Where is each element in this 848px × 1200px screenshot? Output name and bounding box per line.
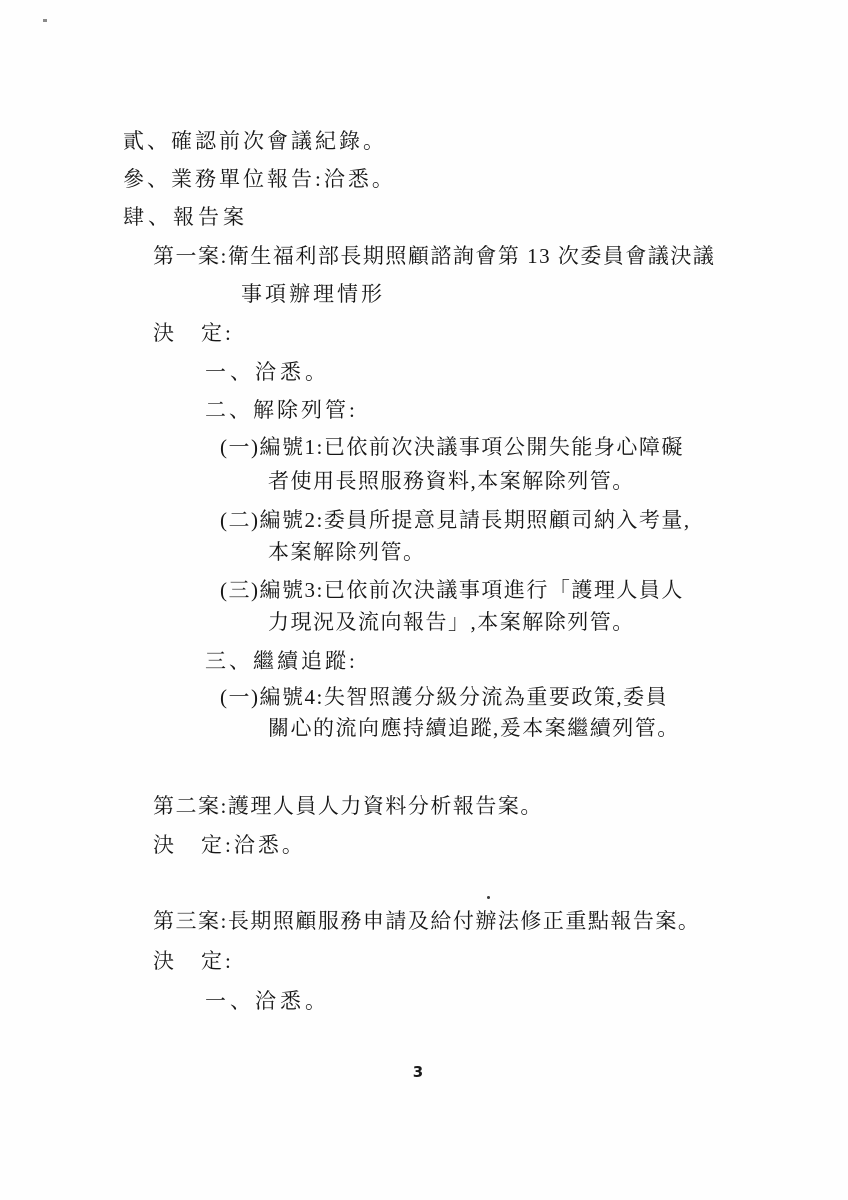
scan-artifact-speck bbox=[487, 896, 490, 899]
line-case1-item-4: (一)編號4:失智照護分級分流為重要政策,委員 bbox=[220, 684, 668, 710]
line-case1-item-4-cont: 關心的流向應持續追蹤,爰本案繼續列管。 bbox=[268, 715, 680, 741]
page-number: 3 bbox=[408, 1063, 428, 1081]
line-case1-item-3: (三)編號3:已依前次決議事項進行「護理人員人 bbox=[220, 577, 684, 603]
line-case1-decision-1: 一、洽悉。 bbox=[205, 359, 330, 385]
line-case2-decision: 決 定:洽悉。 bbox=[153, 832, 306, 858]
line-case1-item-1: (一)編號1:已依前次決議事項公開失能身心障礙 bbox=[220, 434, 684, 460]
line-case1-title: 第一案:衛生福利部長期照顧諮詢會第 13 次委員會議決議 bbox=[153, 243, 715, 269]
line-case1-item-3-cont: 力現況及流向報告」,本案解除列管。 bbox=[268, 609, 635, 635]
line-san-unit-report: 參、業務單位報告:洽悉。 bbox=[123, 166, 396, 192]
line-er-confirm-minutes: 貳、確認前次會議紀錄。 bbox=[123, 128, 387, 154]
line-case1-decision-3: 三、繼續追蹤: bbox=[205, 648, 358, 674]
line-case1-decision-2: 二、解除列管: bbox=[205, 397, 358, 423]
line-si-report-cases: 肆、報告案 bbox=[123, 204, 248, 230]
line-case3-title: 第三案:長期照顧服務申請及給付辦法修正重點報告案。 bbox=[153, 908, 700, 934]
line-case1-item-1-cont: 者使用長照服務資料,本案解除列管。 bbox=[268, 468, 635, 494]
line-case1-title-cont: 事項辦理情形 bbox=[241, 281, 385, 307]
scanned-document-page: 貳、確認前次會議紀錄。 參、業務單位報告:洽悉。 肆、報告案 第一案:衛生福利部… bbox=[0, 0, 848, 1200]
line-case3-decision-label: 決 定: bbox=[153, 948, 234, 974]
line-case1-decision-label: 決 定: bbox=[153, 320, 234, 346]
line-case2-title: 第二案:護理人員人力資料分析報告案。 bbox=[153, 793, 543, 819]
line-case3-decision-1: 一、洽悉。 bbox=[205, 988, 330, 1014]
line-case1-item-2: (二)編號2:委員所提意見請長期照顧司納入考量, bbox=[220, 507, 691, 533]
line-case1-item-2-cont: 本案解除列管。 bbox=[268, 539, 426, 565]
scan-artifact-speck bbox=[43, 19, 47, 22]
